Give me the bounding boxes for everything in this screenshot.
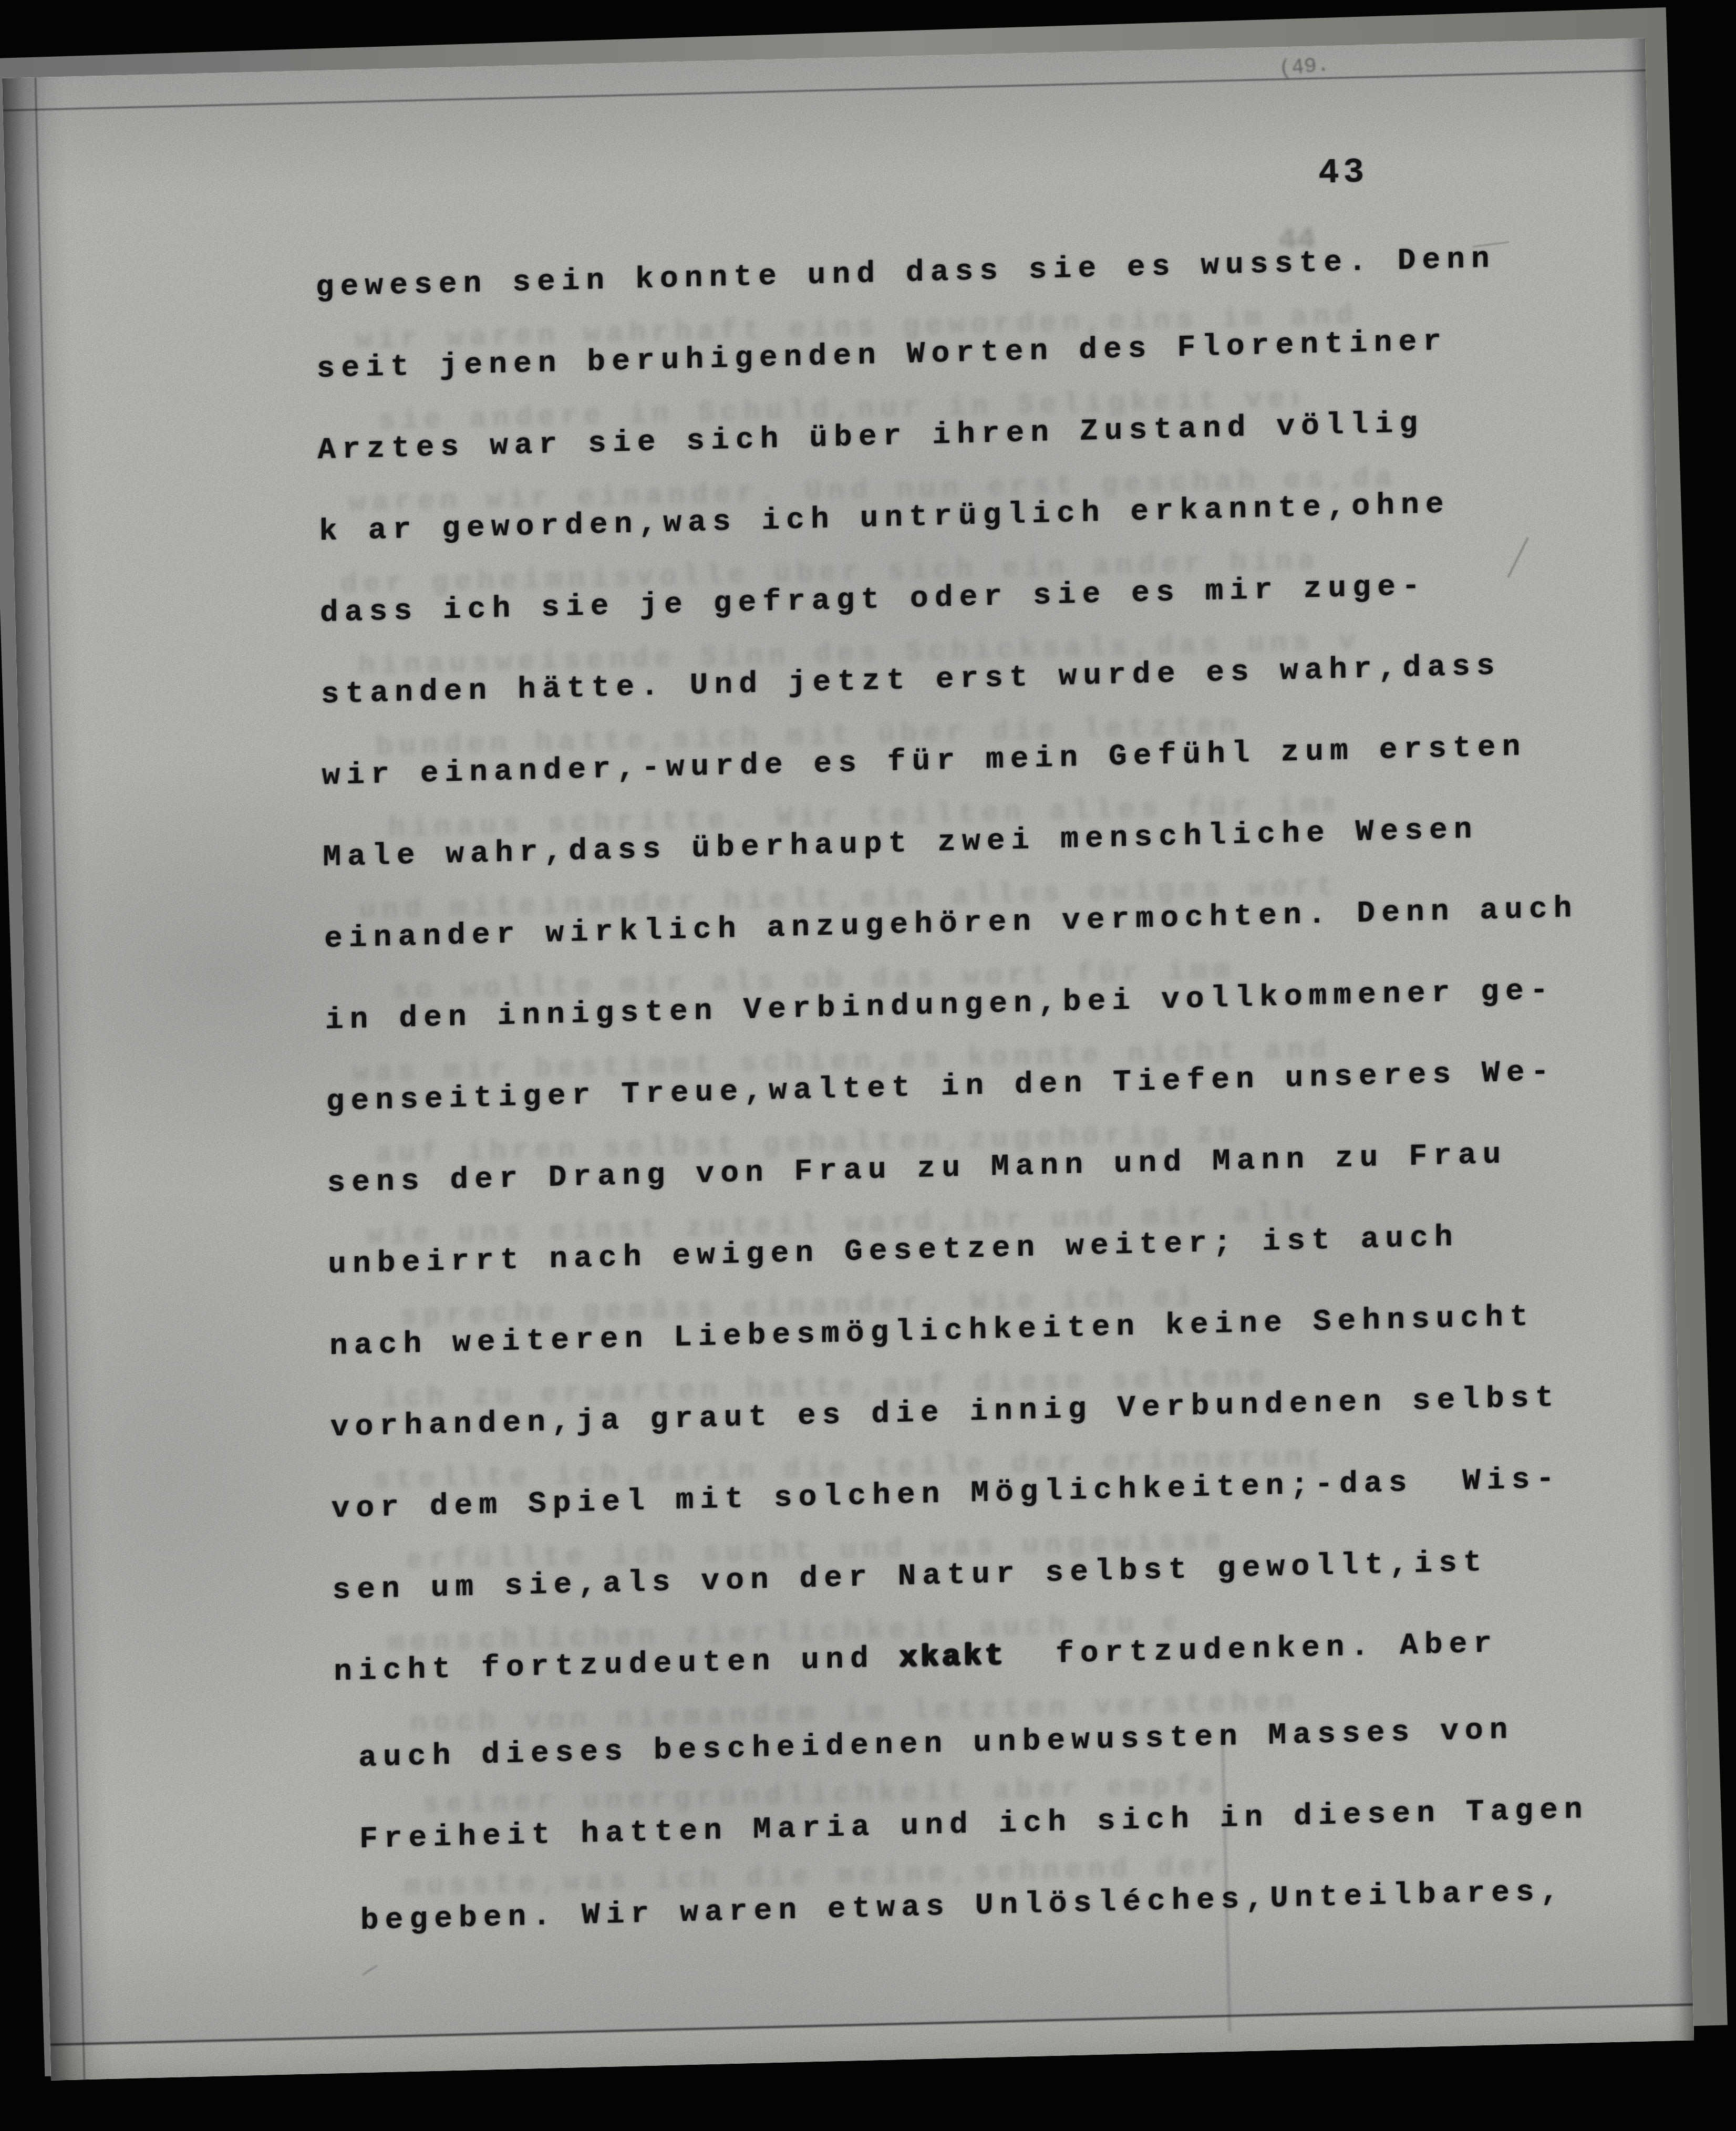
top-crease-line	[3, 69, 1646, 111]
typewritten-line: gewesen sein konnte und dass sie es wuss…	[316, 244, 1496, 303]
manuscript-page: (49. 43 44 gewesen sein konnte und dass …	[2, 38, 1694, 2080]
stray-mark	[1507, 537, 1529, 578]
stray-mark	[362, 1964, 378, 1976]
handwritten-corner-mark: (49.	[1278, 54, 1330, 82]
line-text: gewesen sein konnte und dass sie es wuss…	[316, 242, 1496, 305]
page-number: 43	[1318, 152, 1369, 193]
page-bottom-edge	[50, 2006, 1694, 2080]
scanned-document: (49. 43 44 gewesen sein konnte und dass …	[0, 0, 1736, 2131]
